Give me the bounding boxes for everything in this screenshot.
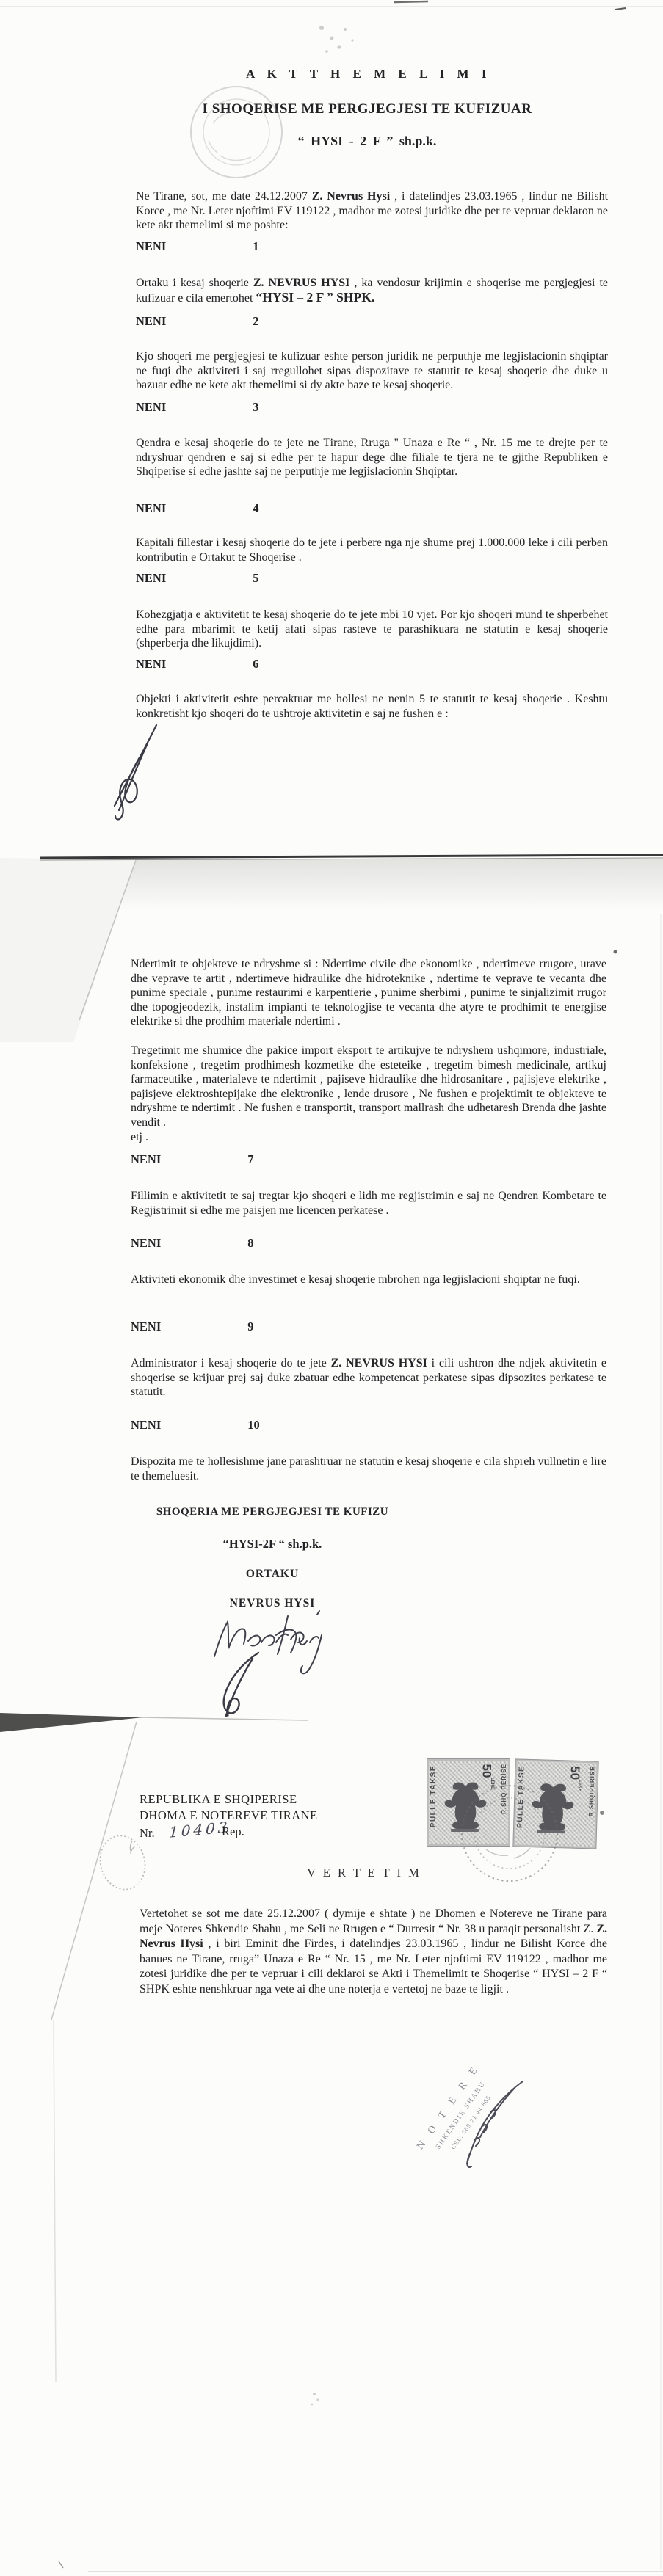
neni-number: 8 <box>247 1236 253 1250</box>
ink-smudge <box>319 26 354 53</box>
stamp-value: 50 <box>567 1766 582 1780</box>
neni-6-heading: NENI6 <box>136 657 259 672</box>
stamp-value: 50 <box>479 1764 494 1778</box>
neni-label: NENI <box>131 1236 161 1250</box>
top-scan-edge <box>0 1 663 53</box>
neni-9-text: Administrator i kesaj shoqerie do te jet… <box>131 1356 606 1400</box>
neni-label: NENI <box>136 501 166 515</box>
vertetim-body: Vertetohet se sot me date 25.12.2007 ( d… <box>140 1907 607 1935</box>
document-title: A K T T H E M E L I M I <box>136 67 598 81</box>
company-name-title: “ HYSI - 2 F ” sh.p.k. <box>136 134 598 149</box>
company-name-bold: “HYSI – 2 F ” SHPK. <box>256 290 374 305</box>
neni-8-text: Aktiviteti ekonomik dhe investimet e kes… <box>131 1273 606 1287</box>
eagle-emblem-icon <box>439 1780 490 1835</box>
vertetim-title: V E R T E T I M <box>307 1866 421 1880</box>
neni-1-text: Ortaku i kesaj shoqerie Z. NEVRUS HYSI ,… <box>136 276 608 305</box>
neni-number: 1 <box>253 239 258 253</box>
stamp-country-text: R.SHQIPERISE <box>501 1764 507 1814</box>
neni-number: 3 <box>253 400 258 414</box>
signature-nevrus-hysi <box>214 1611 322 1673</box>
neni-9-heading: NENI9 <box>131 1320 254 1334</box>
intro-text: Ne Tirane, sot, me date 24.12.2007 <box>136 190 312 203</box>
neni-number: 7 <box>247 1152 253 1166</box>
neni-label: NENI <box>136 314 166 328</box>
neni-number: 6 <box>253 657 258 671</box>
notary-stamp-name: SHKENDIE SHAHU <box>418 2056 504 2175</box>
neni-4-text: Kapitali fillestar i kesaj shoqerie do t… <box>136 536 608 564</box>
scanned-document: A K T T H E M E L I M I I SHOQERISE ME P… <box>0 0 663 2576</box>
administrator-name: Z. NEVRUS HYSI <box>331 1357 427 1369</box>
neni-2-heading: NENI2 <box>136 314 259 329</box>
closing-partner-name: NEVRUS HYSI <box>136 1597 409 1610</box>
revenue-stamp-left: PULLE TAKSE 50 LEKE R.SHQIPERISE <box>427 1758 510 1847</box>
closing-partner-label: ORTAKU <box>136 1568 409 1581</box>
neni-3-text: Qendra e kesaj shoqerie do te jete ne Ti… <box>136 436 608 479</box>
neni-label: NENI <box>131 1320 161 1334</box>
signature-flourish <box>224 1653 258 1716</box>
activity-paragraph-construction: Ndertimit te objekteve te ndryshme si : … <box>131 957 606 1029</box>
activity-paragraph-trade: Tregetimit me shumice dhe pakice import … <box>131 1044 606 1129</box>
closing-company-name: “HYSI-2F “ sh.p.k. <box>136 1537 409 1551</box>
eagle-emblem-icon <box>526 1780 579 1837</box>
republic-header: REPUBLIKA E SHQIPERISE <box>140 1792 297 1807</box>
neni-5-text: Kohezgjatja e aktivitetit te kesaj shoqe… <box>136 608 608 651</box>
nr-label: Nr. <box>140 1826 155 1841</box>
faint-round-stamp <box>191 87 282 178</box>
stamp-country-text: R.SHQIPERISE <box>588 1766 596 1816</box>
neni-4-heading: NENI4 <box>136 501 259 516</box>
neni-number: 4 <box>253 501 258 515</box>
vertetim-paragraph: Vertetohet se sot me date 25.12.2007 ( d… <box>140 1907 607 1998</box>
intro-paragraph: Ne Tirane, sot, me date 24.12.2007 Z. Ne… <box>136 189 608 233</box>
document-subtitle: I SHOQERISE ME PERGJEGJESI TE KUFIZUAR <box>136 101 598 117</box>
neni-10-text: Dispozita me te hollesishme jane parasht… <box>131 1455 606 1483</box>
founder-name: Z. Nevrus Hysi <box>312 190 390 203</box>
neni-label: NENI <box>136 239 166 253</box>
neni-3-heading: NENI3 <box>136 400 259 415</box>
neni-number: 10 <box>247 1418 260 1432</box>
neni-number: 2 <box>253 314 258 328</box>
neni-9-body: Administrator i kesaj shoqerie do te jet… <box>131 1357 331 1369</box>
rep-label: Rep. <box>222 1824 244 1839</box>
neni-8-heading: NENI8 <box>131 1236 254 1251</box>
neni-label: NENI <box>131 1152 161 1166</box>
closing-company-type: SHOQERIA ME PERGJEGJESI TE KUFIZU <box>136 1506 409 1518</box>
neni-number: 5 <box>253 571 258 585</box>
neni-label: NENI <box>131 1418 161 1432</box>
revenue-stamp-right: PULLE TAKSE 50 LEKE R.SHQIPERISE <box>512 1758 598 1849</box>
neni-number: 9 <box>247 1320 253 1334</box>
vertetim-body: , i biri Eminit dhe Firdes, i datelindje… <box>140 1938 607 1995</box>
neni-10-heading: NENI10 <box>131 1418 260 1433</box>
neni-1-body: Ortaku i kesaj shoqerie <box>136 277 253 289</box>
neni-1-heading: NENI1 <box>136 239 259 254</box>
neni-label: NENI <box>136 400 166 414</box>
signature-page1 <box>115 725 156 820</box>
stamp-pulle-takse-text: PULLE TAKSE <box>430 1765 438 1827</box>
neni-label: NENI <box>136 571 166 585</box>
stamp-pulle-takse-text: PULLE TAKSE <box>516 1766 526 1828</box>
neni-label: NENI <box>136 657 166 671</box>
partner-name: Z. NEVRUS HYSI <box>253 277 350 289</box>
neni-7-heading: NENI7 <box>131 1152 254 1167</box>
neni-7-text: Fillimin e aktivitetit te saj tregtar kj… <box>131 1189 606 1218</box>
activity-paragraph-etc: etj . <box>131 1130 606 1145</box>
neni-6-text: Objekti i aktivitetit eshte percaktuar m… <box>136 692 608 721</box>
neni-5-heading: NENI5 <box>136 571 259 586</box>
neni-2-text: Kjo shoqeri me pergjegjesi te kufizuar e… <box>136 349 608 393</box>
notary-ink-stamp: N O T E R E SHKENDIE SHAHU CEL: 069 21 4… <box>404 2047 513 2182</box>
